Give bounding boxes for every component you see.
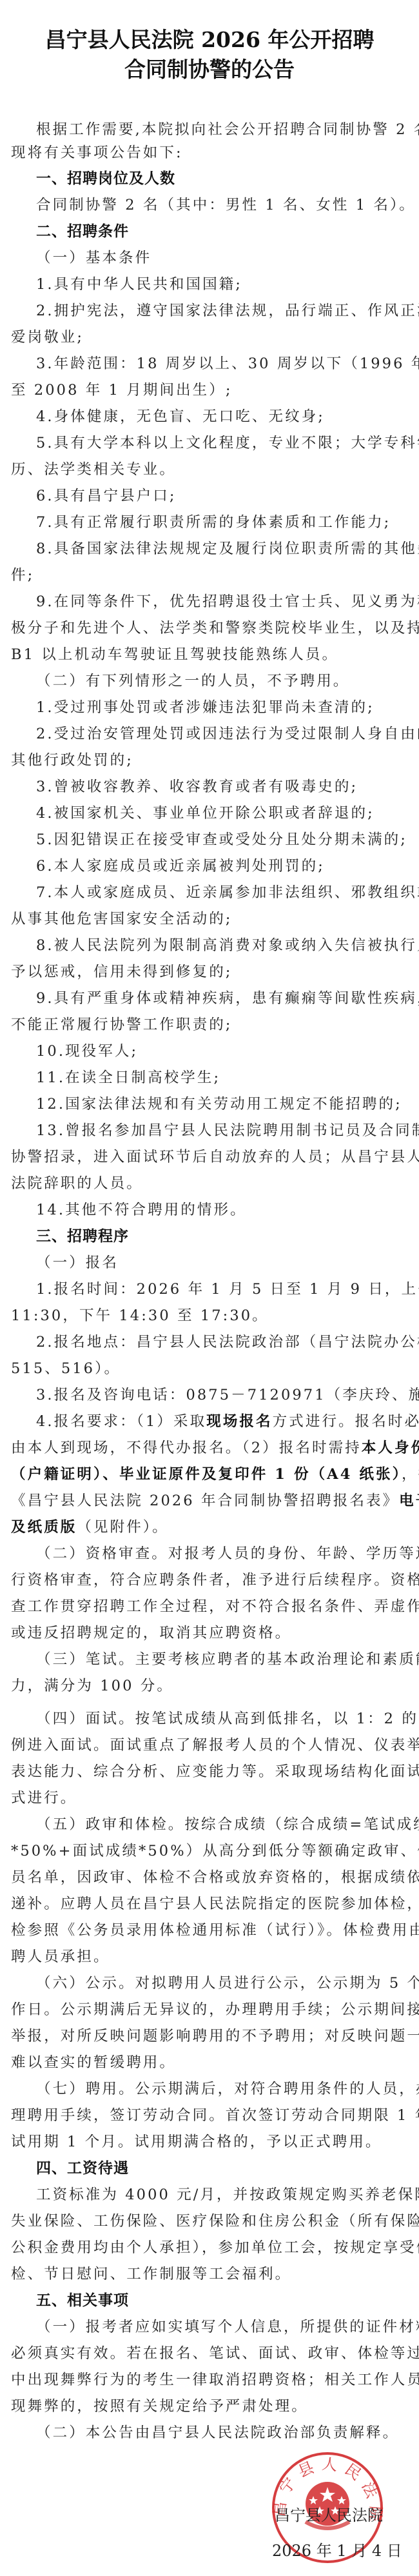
bold-text-run: （户籍证明）、毕业证原件及复印件 1 份（A4 纸张） — [11, 1466, 402, 1483]
body-text-line: 3.年龄范围：18 周岁以上、30 周岁以下（1996 年 1 月 — [36, 354, 419, 373]
text-run: 爱岗敬业; — [11, 329, 84, 346]
text-run: 13.曾报名参加昌宁县人民法院聘用制书记员及合同制 — [36, 1122, 419, 1139]
text-run: 中出现舞弊行为的考生一律取消招聘资格；相关工作人员出 — [11, 2372, 419, 2388]
body-text-line: 1.报名时间：2026 年 1 月 5 日至 1 月 9 日，上午 8:00 至 — [36, 1280, 419, 1299]
text-run: 方式进行。报名时必须 — [273, 1413, 419, 1430]
text-run: 从事其他危害国家安全活动的; — [11, 911, 232, 927]
body-text-line: 及纸质版（见附件）。 — [11, 1518, 169, 1537]
section-heading: 一、招聘岗位及人数 — [36, 169, 175, 188]
text-run: （四）面试。按笔试成绩从高到低排名，以 1：2 的比 — [36, 1710, 419, 1727]
bold-text-run: 及纸质版 — [11, 1519, 77, 1536]
body-text-line: （七）聘用。公示期满后，对符合聘用条件的人员，办 — [36, 2079, 419, 2099]
body-text-line: 9.具有严重身体或精神疾病，患有癫痫等间歇性疾病， — [36, 989, 419, 1008]
text-run: （一）基本条件 — [36, 250, 151, 266]
body-text-line: 表达能力、综合分析、应变能力等。采取现场结构化面试方 — [11, 1762, 419, 1781]
body-text-line: 7.本人或家庭成员、近亲属参加非法组织、邪教组织或 — [36, 883, 419, 902]
text-run: B1 以上机动车驾驶证且驾驶技能熟练人员。 — [11, 646, 338, 663]
section-heading: 三、招聘程序 — [36, 1227, 129, 1246]
body-text-line: B1 以上机动车驾驶证且驾驶技能熟练人员。 — [11, 645, 338, 664]
text-run: 必须真实有效。若在报名、笔试、面试、政审、体检等过程 — [11, 2345, 419, 2362]
body-text-line: 失业保险、工伤保险、医疗保险和住房公积金（所有保险及 — [11, 2212, 419, 2231]
body-text-line: 或违反招聘规定的，取消其应聘资格。 — [11, 1623, 291, 1643]
text-run: 表达能力、综合分析、应变能力等。采取现场结构化面试方 — [11, 1763, 419, 1780]
text-run: 现将有关事项公告如下: — [11, 144, 183, 161]
text-run: （二）本公告由昌宁县人民法院政治部负责解释。 — [36, 2424, 399, 2441]
body-text-line: （一）报名 — [36, 1253, 119, 1273]
text-run: 3.报名及咨询电话：0875－7120971（李庆玲、施金杏）。 — [36, 1387, 419, 1403]
text-run: 失业保险、工伤保险、医疗保险和住房公积金（所有保险及 — [11, 2213, 419, 2230]
text-run: 作日。公示期满后无异议的，办理聘用手续；公示期间接到 — [11, 2001, 419, 2018]
body-text-line: 中出现舞弊行为的考生一律取消招聘资格；相关工作人员出 — [11, 2370, 419, 2390]
body-text-line: 检、节日慰问、工作制服等工会福利。 — [11, 2264, 291, 2284]
body-text-line: 11.在读全日制高校学生; — [36, 1068, 220, 1087]
text-run: 7.具有正常履行职责所需的身体素质和工作能力; — [36, 514, 391, 531]
page-title-line-1: 昌宁县人民法院 2026 年公开招聘 — [0, 26, 419, 54]
text-run: 法院辞职的人员。 — [11, 1175, 143, 1192]
body-text-line: 10.现役军人; — [36, 1042, 138, 1061]
body-text-line: （五）政审和体检。按综合成绩（综合成绩=笔试成绩 — [36, 1815, 419, 1834]
body-text-line: 现将有关事项公告如下: — [11, 143, 183, 163]
text-run: 至 2008 年 1 月期间出生）; — [11, 382, 233, 399]
body-text-line: 至 2008 年 1 月期间出生）; — [11, 381, 233, 400]
text-run: 12.国家法律法规和有关劳动用工规定不能招聘的; — [36, 1096, 402, 1113]
body-text-line: （二）有下列情形之一的人员，不予聘用。 — [36, 671, 349, 691]
text-run: 9.在同等条件下，优先招聘退役士官士兵、见义勇为积 — [36, 593, 419, 610]
text-run: 历、法学类相关专业。 — [11, 461, 176, 478]
text-run: 7.本人或家庭成员、近亲属参加非法组织、邪教组织或 — [36, 884, 419, 901]
text-run: 根据工作需要,本院拟向社会公开招聘合同制协警 2 名, — [36, 121, 419, 138]
text-run: 5.因犯错误正在接受审查或受处分且处分期未满的; — [36, 831, 407, 848]
text-run: 极分子和先进个人、法学类和警察类院校毕业生，以及持有 — [11, 620, 419, 637]
text-run: 2.拥护宪法，遵守国家法律法规，品行端正、作风正派、 — [36, 302, 419, 319]
bold-text-run: 本人身份证 — [362, 1440, 419, 1456]
text-run: 5.具有大学本科以上文化程度，专业不限；大学专科学 — [36, 435, 419, 451]
body-text-line: 行资格审查，符合应聘条件者，准予进行后续程序。资格审 — [11, 1570, 419, 1590]
text-run: （五）政审和体检。按综合成绩（综合成绩=笔试成绩 — [36, 1816, 419, 1833]
body-text-line: 聘人员承担。 — [11, 1947, 110, 1967]
text-run: （六）公示。对拟聘用人员进行公示，公示期为 5 个工 — [36, 1975, 419, 1992]
bold-text-run: 电子版 — [399, 1492, 419, 1509]
body-text-line: 作日。公示期满后无异议的，办理聘用手续；公示期间接到 — [11, 2000, 419, 2019]
text-run: 现舞弊的，按照有关规定给予严肃处理。 — [11, 2398, 308, 2415]
body-text-line: （一）基本条件 — [36, 248, 151, 268]
body-text-line: 试用期 1 个月。试用期满合格的，予以正式聘用。 — [11, 2132, 382, 2152]
text-run: 其他行政处罚的; — [11, 752, 133, 769]
text-run: *50%+面试成绩*50%）从高分到低分等额确定政审、体检人 — [11, 1843, 419, 1859]
text-run: 9.具有严重身体或精神疾病，患有癫痫等间歇性疾病， — [36, 990, 419, 1007]
body-text-line: 13.曾报名参加昌宁县人民法院聘用制书记员及合同制 — [36, 1121, 419, 1140]
body-text-line: 协警招录，进入面试环节后自动放弃的人员；从昌宁县人民 — [11, 1147, 419, 1167]
body-text-line: 2.受过治安管理处罚或因违法行为受过限制人身自由的 — [36, 724, 419, 744]
text-run: 2.报名地点：昌宁县人民法院政治部（昌宁法院办公楼 — [36, 1334, 419, 1351]
section-heading: 二、招聘条件 — [36, 222, 129, 241]
body-text-line: 工资标准为 4000 元/月，并按政策规定购买养老保险、 — [36, 2185, 419, 2204]
body-text-line: 515、516）。 — [11, 1359, 121, 1378]
body-text-line: （四）面试。按笔试成绩从高到低排名，以 1：2 的比 — [36, 1709, 419, 1729]
page-title-line-2: 合同制协警的公告 — [0, 55, 419, 84]
bold-text-run: 现场报名 — [206, 1413, 272, 1430]
text-run: （三）笔试。主要考核应聘者的基本政治理论和素质能 — [36, 1651, 419, 1668]
text-run: 3.年龄范围：18 周岁以上、30 周岁以下（1996 年 1 月 — [36, 355, 419, 372]
text-run: 聘人员承担。 — [11, 1948, 110, 1965]
body-text-line: 14.其他不符合聘用的情形。 — [36, 1200, 247, 1220]
text-run: 三、招聘程序 — [36, 1228, 129, 1245]
body-text-line: 现舞弊的，按照有关规定给予严肃处理。 — [11, 2397, 308, 2416]
text-run: 1.受过刑事处罚或者涉嫌违法犯罪尚未查清的; — [36, 699, 375, 716]
body-text-line: 1.受过刑事处罚或者涉嫌违法犯罪尚未查清的; — [36, 698, 375, 717]
text-run: 公积金费用均由个人承担），参加单位工会，按规定享受体 — [11, 2239, 419, 2256]
text-run: 2.受过治安管理处罚或因违法行为受过限制人身自由的 — [36, 726, 419, 742]
body-text-line: 其他行政处罚的; — [11, 751, 133, 770]
body-text-line: 2.报名地点：昌宁县人民法院政治部（昌宁法院办公楼 — [36, 1333, 419, 1352]
text-run: 合同制协警 2 名（其中：男性 1 名、女性 1 名）。 — [36, 197, 416, 213]
text-run: 行资格审查，符合应聘条件者，准予进行后续程序。资格审 — [11, 1572, 419, 1589]
text-run: 10.现役军人; — [36, 1043, 138, 1060]
body-text-line: 11:30，下午 14:30 至 17:30。 — [11, 1306, 269, 1325]
body-text-line: 1.具有中华人民共和国国籍; — [36, 275, 242, 294]
body-text-line: 式进行。 — [11, 1788, 77, 1808]
body-text-line: 7.具有正常履行职责所需的身体素质和工作能力; — [36, 513, 391, 532]
text-run: 力，满分为 100 分。 — [11, 1678, 173, 1694]
body-text-line: 6.具有昌宁县户口; — [36, 486, 177, 506]
body-text-line: 12.国家法律法规和有关劳动用工规定不能招聘的; — [36, 1095, 402, 1114]
body-text-line: 《昌宁县人民法院 2026 年合同制协警招聘报名表》电子版 — [11, 1491, 419, 1511]
text-run: 1.报名时间：2026 年 1 月 5 日至 1 月 9 日，上午 8:00 至 — [36, 1281, 419, 1298]
text-run: 检参照《公务员录用体检通用标准（试行）》。体检费用由应 — [11, 1922, 419, 1939]
body-text-line: （户籍证明）、毕业证原件及复印件 1 份（A4 纸张），提交 — [11, 1465, 419, 1484]
text-run: 4.被国家机关、事业单位开除公职或者辞退的; — [36, 805, 375, 822]
body-text-line: 检参照《公务员录用体检通用标准（试行）》。体检费用由应 — [11, 1921, 419, 1940]
text-run: 协警招录，进入面试环节后自动放弃的人员；从昌宁县人民 — [11, 1149, 419, 1165]
body-text-line: 理聘用手续，签订劳动合同。首次签订劳动合同期限 1 年， — [11, 2106, 419, 2125]
body-text-line: （一）报考者应如实填写个人信息，所提供的证件材料 — [36, 2317, 419, 2337]
text-run: 难以查实的暂缓聘用。 — [11, 2054, 176, 2071]
body-text-line: 递补。应聘人员在昌宁县人民法院指定的医院参加体检，体 — [11, 1894, 419, 1914]
text-run: 举报，对所反映问题影响聘用的不予聘用；对反映问题一时 — [11, 2028, 419, 2045]
text-run: ，提交 — [402, 1466, 419, 1483]
text-run: 五、相关事项 — [36, 2292, 129, 2309]
body-text-line: 8.被人民法院列为限制高消费对象或纳入失信被执行人 — [36, 936, 419, 955]
body-text-line: 查工作贯穿招聘工作全过程，对不符合报名条件、弄虚作假 — [11, 1597, 419, 1616]
text-run: 式进行。 — [11, 1790, 77, 1807]
body-text-line: 6.本人家庭成员或近亲属被判处刑罚的; — [36, 857, 325, 876]
text-run: 3.曾被收容教养、收容教育或者有吸毒史的; — [36, 778, 358, 795]
text-run: 14.其他不符合聘用的情形。 — [36, 1202, 247, 1218]
text-run: 查工作贯穿招聘工作全过程，对不符合报名条件、弄虚作假 — [11, 1598, 419, 1615]
text-run: 8.被人民法院列为限制高消费对象或纳入失信被执行人 — [36, 937, 419, 954]
body-text-line: 3.曾被收容教养、收容教育或者有吸毒史的; — [36, 777, 358, 797]
text-run: （七）聘用。公示期满后，对符合聘用条件的人员，办 — [36, 2081, 419, 2097]
text-run: 515、516）。 — [11, 1360, 121, 1377]
body-text-line: 5.具有大学本科以上文化程度，专业不限；大学专科学 — [36, 433, 419, 453]
body-text-line: 难以查实的暂缓聘用。 — [11, 2053, 176, 2072]
body-text-line: 5.因犯错误正在接受审查或受处分且处分期未满的; — [36, 830, 407, 849]
body-text-line: 4.被国家机关、事业单位开除公职或者辞退的; — [36, 804, 375, 823]
text-run: （二）有下列情形之一的人员，不予聘用。 — [36, 673, 349, 689]
text-run: 6.本人家庭成员或近亲属被判处刑罚的; — [36, 858, 325, 875]
body-text-line: 举报，对所反映问题影响聘用的不予聘用；对反映问题一时 — [11, 2026, 419, 2046]
body-text-line: 根据工作需要,本院拟向社会公开招聘合同制协警 2 名, — [36, 120, 419, 139]
text-run: 或违反招聘规定的，取消其应聘资格。 — [11, 1625, 291, 1641]
text-run: 由本人到现场，不得代办报名。（2）报名时需持 — [11, 1440, 362, 1456]
text-run: 1.具有中华人民共和国国籍; — [36, 276, 242, 293]
body-text-line: 2.拥护宪法，遵守国家法律法规，品行端正、作风正派、 — [36, 301, 419, 321]
text-run: （二）资格审查。对报考人员的身份、年龄、学历等进 — [36, 1545, 419, 1562]
section-heading: 四、工资待遇 — [36, 2159, 129, 2178]
text-run: 4.身体健康，无色盲、无口吃、无纹身; — [36, 408, 325, 425]
body-text-line: （三）笔试。主要考核应聘者的基本政治理论和素质能 — [36, 1650, 419, 1669]
text-run: 不能正常履行协警工作职责的; — [11, 1016, 232, 1033]
body-text-line: 8.具备国家法律法规规定及履行岗位职责所需的其他条 — [36, 539, 419, 559]
text-run: 6.具有昌宁县户口; — [36, 488, 177, 504]
body-text-line: 员名单，因政审、体检不合格或放弃资格的，根据成绩依次 — [11, 1868, 419, 1887]
body-text-line: 件; — [11, 566, 34, 585]
body-text-line: 必须真实有效。若在报名、笔试、面试、政审、体检等过程 — [11, 2344, 419, 2363]
text-run: 4.报名要求：（1）采取 — [36, 1413, 206, 1430]
body-text-line: 从事其他危害国家安全活动的; — [11, 909, 232, 929]
text-run: 例进入面试。面试重点了解报考人员的个人情况、仪表举止、 — [11, 1737, 419, 1754]
signature-org: 昌宁县人民法院 — [275, 2502, 383, 2525]
text-run: 8.具备国家法律法规规定及履行岗位职责所需的其他条 — [36, 540, 419, 557]
body-text-line: 予以惩戒，信用未得到修复的; — [11, 962, 232, 982]
text-run: 予以惩戒，信用未得到修复的; — [11, 964, 232, 980]
text-run: 试用期 1 个月。试用期满合格的，予以正式聘用。 — [11, 2134, 382, 2150]
text-run: 四、工资待遇 — [36, 2160, 129, 2177]
text-run: 工资标准为 4000 元/月，并按政策规定购买养老保险、 — [36, 2186, 419, 2203]
body-text-line: 法院辞职的人员。 — [11, 1174, 143, 1193]
body-text-line: （六）公示。对拟聘用人员进行公示，公示期为 5 个工 — [36, 1974, 419, 1993]
text-run: 《昌宁县人民法院 2026 年合同制协警招聘报名表》 — [11, 1492, 399, 1509]
body-text-line: 9.在同等条件下，优先招聘退役士官士兵、见义勇为积 — [36, 592, 419, 611]
signature-date: 2026 年 1 月 4 日 — [272, 2538, 402, 2561]
body-text-line: 极分子和先进个人、法学类和警察类院校毕业生，以及持有 — [11, 619, 419, 638]
body-text-line: 不能正常履行协警工作职责的; — [11, 1015, 232, 1035]
body-text-line: 合同制协警 2 名（其中：男性 1 名、女性 1 名）。 — [36, 195, 416, 215]
body-text-line: （二）本公告由昌宁县人民法院政治部负责解释。 — [36, 2423, 399, 2442]
body-text-line: 历、法学类相关专业。 — [11, 460, 176, 479]
body-text-line: 例进入面试。面试重点了解报考人员的个人情况、仪表举止、 — [11, 1736, 419, 1755]
body-text-line: 4.报名要求：（1）采取现场报名方式进行。报名时必须 — [36, 1412, 419, 1431]
text-run: 二、招聘条件 — [36, 223, 129, 240]
text-run: 递补。应聘人员在昌宁县人民法院指定的医院参加体检，体 — [11, 1896, 419, 1912]
body-text-line: 爱岗敬业; — [11, 328, 84, 347]
text-run: 11.在读全日制高校学生; — [36, 1069, 220, 1086]
text-run: 件; — [11, 567, 34, 584]
text-run: 11:30，下午 14:30 至 17:30。 — [11, 1307, 269, 1324]
body-text-line: 4.身体健康，无色盲、无口吃、无纹身; — [36, 407, 325, 426]
text-run: （一）报考者应如实填写个人信息，所提供的证件材料 — [36, 2319, 419, 2335]
body-text-line: 3.报名及咨询电话：0875－7120971（李庆玲、施金杏）。 — [36, 1385, 419, 1405]
text-run: （见附件）。 — [77, 1519, 168, 1536]
section-heading: 五、相关事项 — [36, 2291, 129, 2310]
text-run: 一、招聘岗位及人数 — [36, 170, 175, 187]
text-run: 理聘用手续，签订劳动合同。首次签订劳动合同期限 1 年， — [11, 2107, 419, 2124]
text-run: （一）报名 — [36, 1254, 119, 1271]
body-text-line: 力，满分为 100 分。 — [11, 1676, 173, 1696]
body-text-line: 由本人到现场，不得代办报名。（2）报名时需持本人身份证 — [11, 1438, 419, 1458]
text-run: 员名单，因政审、体检不合格或放弃资格的，根据成绩依次 — [11, 1869, 419, 1886]
body-text-line: （二）资格审查。对报考人员的身份、年龄、学历等进 — [36, 1544, 419, 1563]
body-text-line: 公积金费用均由个人承担），参加单位工会，按规定享受体 — [11, 2238, 419, 2257]
text-run: 检、节日慰问、工作制服等工会福利。 — [11, 2266, 291, 2283]
body-text-line: *50%+面试成绩*50%）从高分到低分等额确定政审、体检人 — [11, 1841, 419, 1861]
